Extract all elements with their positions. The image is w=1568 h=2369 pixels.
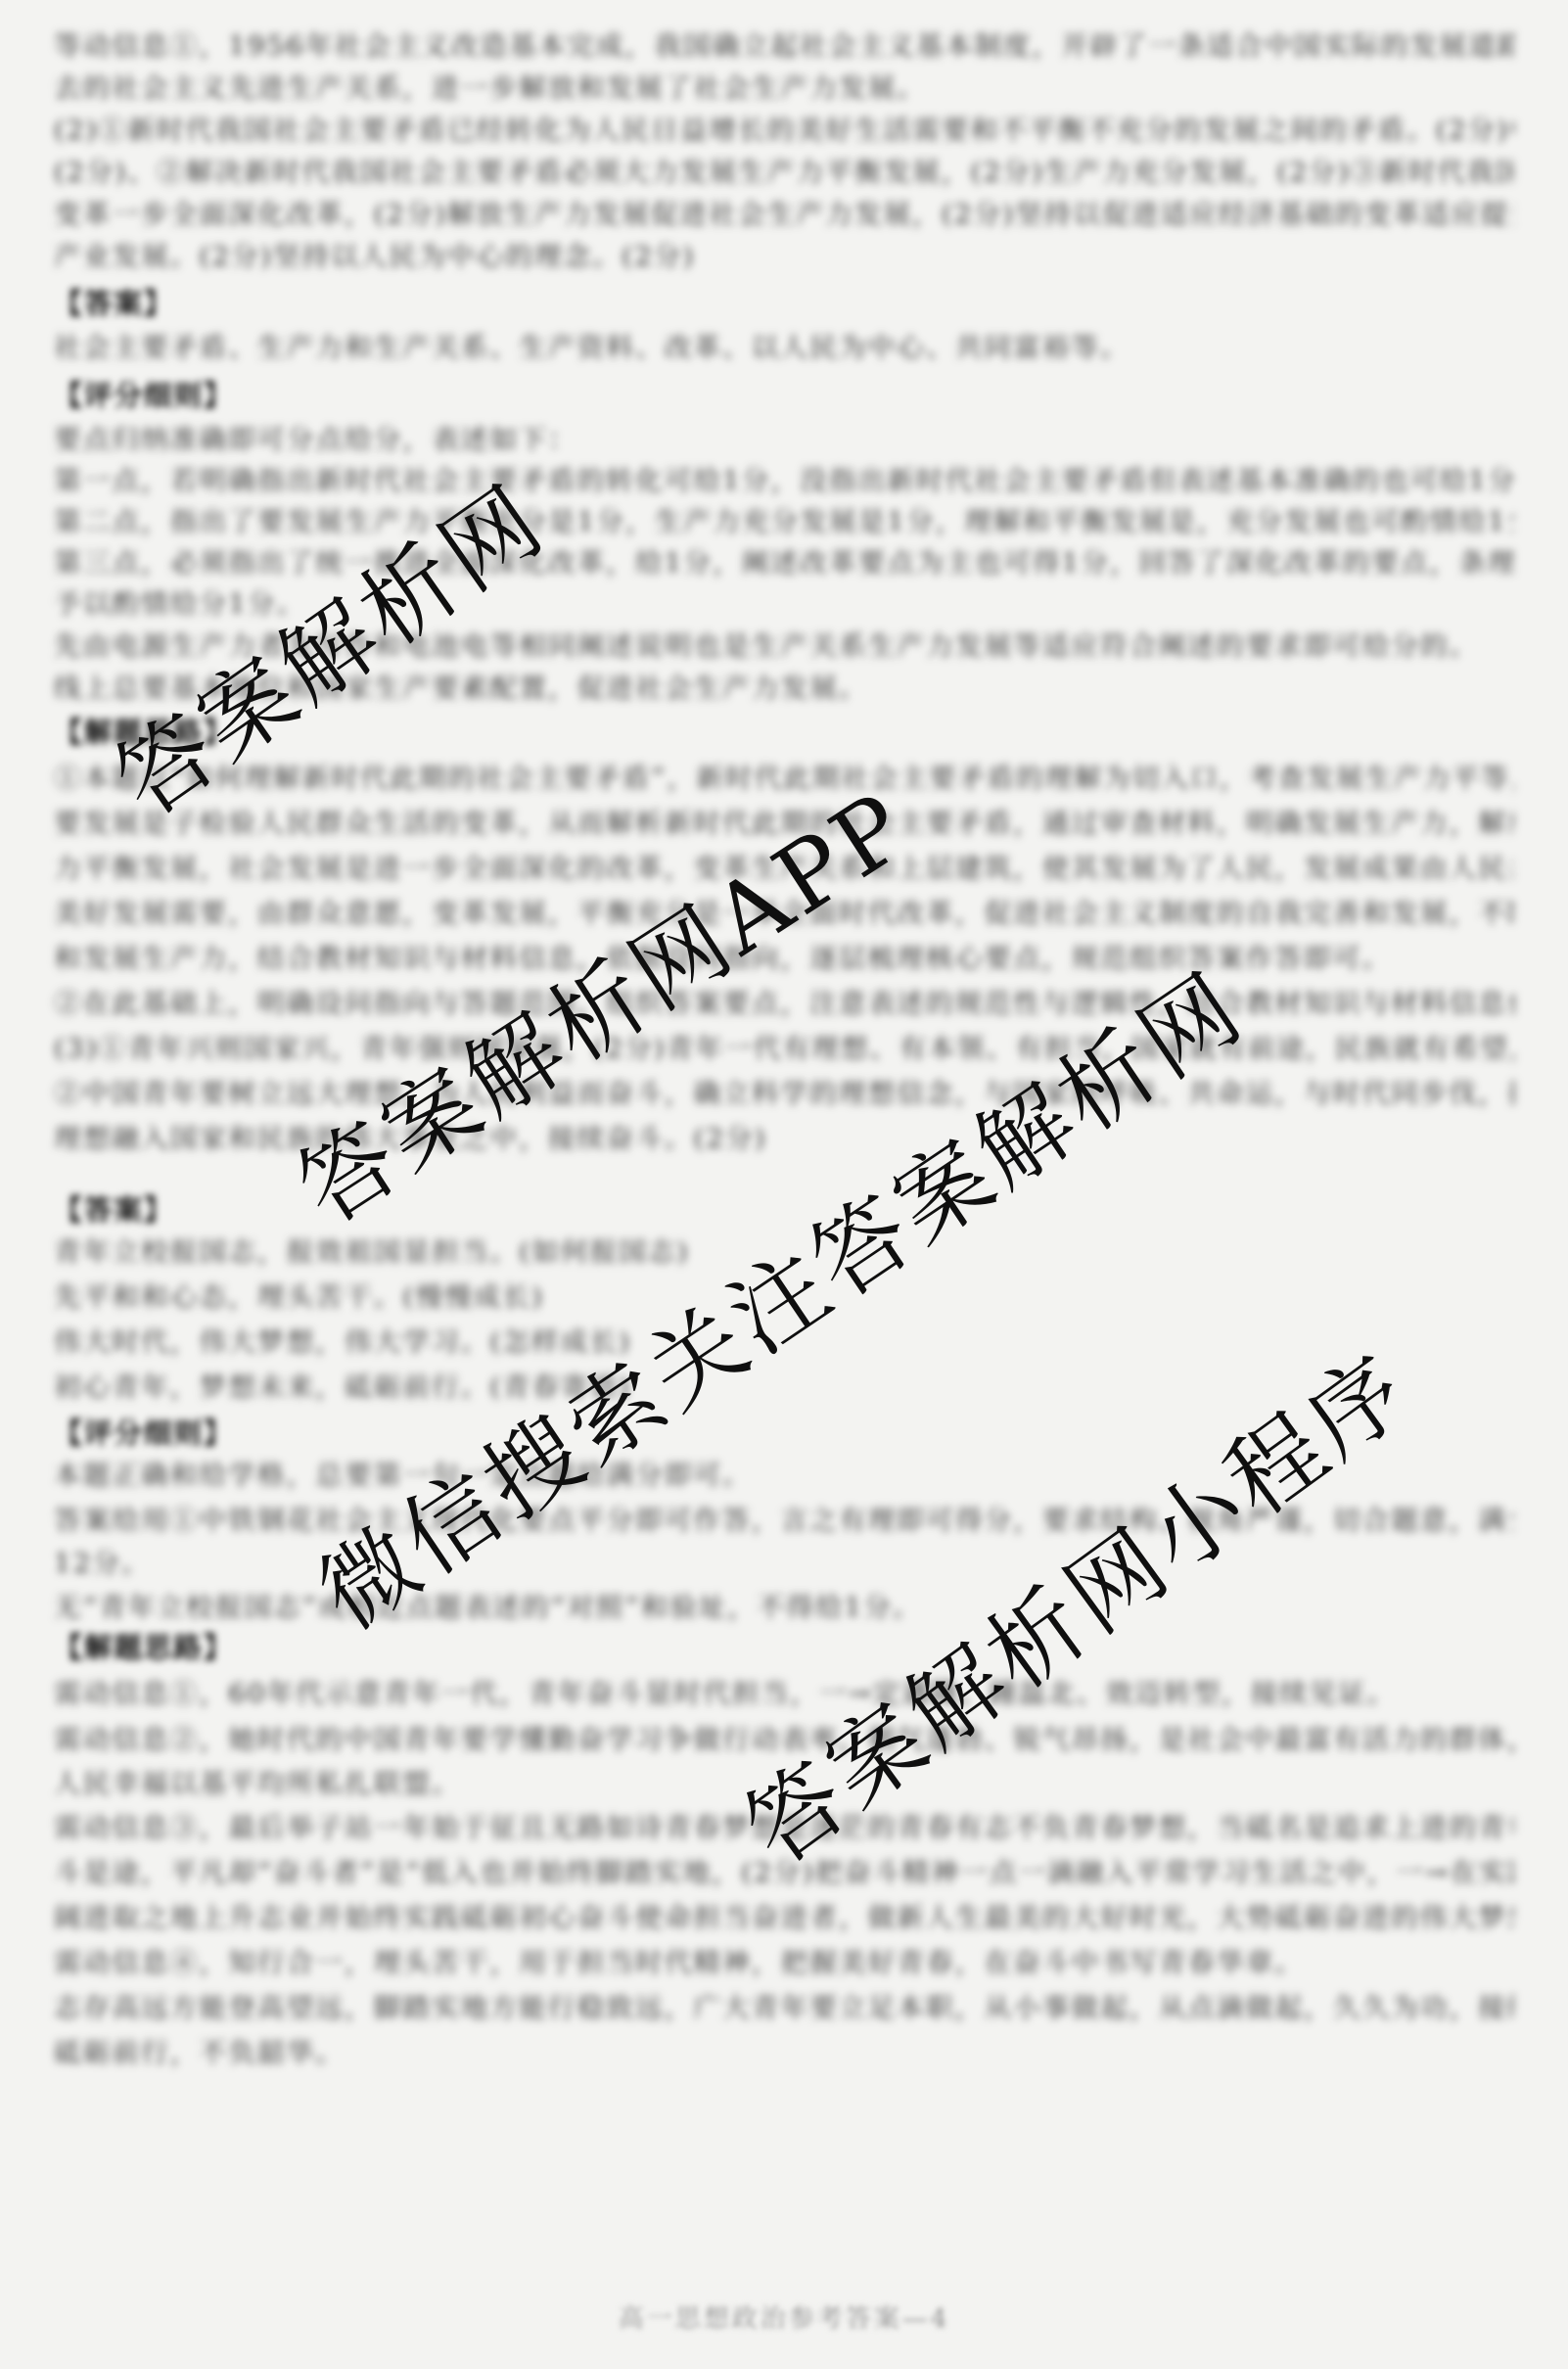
text-line: 理想融入国家和民族的伟大事业之中，接续奋斗。(2分): [54, 1122, 1514, 1157]
text-line: 社会主要矛盾、生产力和生产关系、生产资料、改革、以人民为中心、共同富裕等。: [54, 331, 1514, 366]
text-line: 阔进取之地上升志业并始终实践砥砺初心奋斗使命担当奋进者，做新人生最美的大好时光，…: [54, 1901, 1514, 1936]
text-line: 等动信息①，1956年社会主义改造基本完成，我国确立起社会主义基本制度，开辟了一…: [54, 29, 1514, 65]
text-line: 无“青年立校报国志”或相近点题表述的“对照”和验址，不得给1分。: [54, 1591, 1514, 1626]
text-line: 需动信息①，60年代示意青年一代，青年奋斗显时代担当，一→定遇隆、踵温北、效迈转…: [54, 1677, 1514, 1712]
answer-sheet-page: 等动信息①，1956年社会主义改造基本完成，我国确立起社会主义基本制度，开辟了一…: [54, 0, 1514, 2369]
section-header: 【评分细则】: [54, 1416, 233, 1453]
text-line: (2)①新时代我国社会主要矛盾已经转化为人民日益增长的美好生活需要和不平衡不充分…: [54, 114, 1514, 149]
text-line: 予以酌情给分1分。: [54, 587, 1514, 623]
section-header: 【评分细则】: [54, 378, 233, 415]
text-line: ①本题以“如何理解新时代此期的社会主要矛盾”，新时代此期社会主要矛盾的理解为切入…: [54, 762, 1514, 797]
text-line: ②在此基础上，明确设问指向与答题范围，组织答案要点，注意表述的规范性与逻辑性，结…: [54, 987, 1514, 1022]
text-line: 要点归纳准确即可分点给分，表述如下：: [54, 423, 1514, 458]
section-header: 【答案】: [54, 1192, 173, 1230]
text-line: 产业发展。(2分)坚持以人民为中心的理念。(2分): [54, 240, 1514, 275]
text-line: 12分。: [54, 1547, 1514, 1582]
text-line: 砥砺前行，不负韶华。: [54, 2036, 1514, 2071]
text-line: 需动信息④，知行合一，埋头苦干，用于担当时代精神，把握美好青春，在奋斗中书写青春…: [54, 1946, 1514, 1981]
text-line: 第一点，若明确指出新时代社会主要矛盾的转化可给1分，没指出新时代社会主要矛盾但表…: [54, 464, 1514, 499]
text-line: 志存高远方能登高望远，脚踏实地方能行稳致远，广大青年要立足本职，从小事做起，从点…: [54, 1991, 1514, 2026]
text-line: (2分)、②解决新时代我国社会主要矛盾必须大力发展生产力平衡发展，(2分)生产力…: [54, 156, 1514, 191]
section-header: 【答案】: [54, 286, 173, 323]
text-line: ②中国青年要树立远大理想，为人民利益而奋斗，确立科学的理想信念，与国家同呼吸、共…: [54, 1077, 1514, 1112]
page-footer: 高一思想政治参考答案—4: [0, 2299, 1568, 2335]
text-line: 需动信息②，她时代的中国青年要学懂勤奋学习争做行动表率，朝气蓬勃、锐气昂扬，是社…: [54, 1723, 1514, 1758]
text-line: 第二点，指出了要发展生产力平衡充分是1分，生产力充分发展是1分，理解和平衡发展是…: [54, 505, 1514, 540]
text-line: (3)①青年兴则国家兴，青年强则国家强，(2分)青年一代有理想、有本领、有担当，…: [54, 1032, 1514, 1067]
text-line: 去的社会主义先进生产关系，进一步解放和发展了社会生产力发展。: [54, 71, 1514, 107]
section-header: 【解题思路】: [54, 1630, 233, 1667]
text-line: 变革一步全面深化改革，(2分)解放生产力发展促进社会生产力发展，(2分)坚持以促…: [54, 198, 1514, 233]
text-line: 第三点，必须指出了统一推进全面深化改革，给1分，阐述改革要点为主也可得1分，回答…: [54, 546, 1514, 581]
